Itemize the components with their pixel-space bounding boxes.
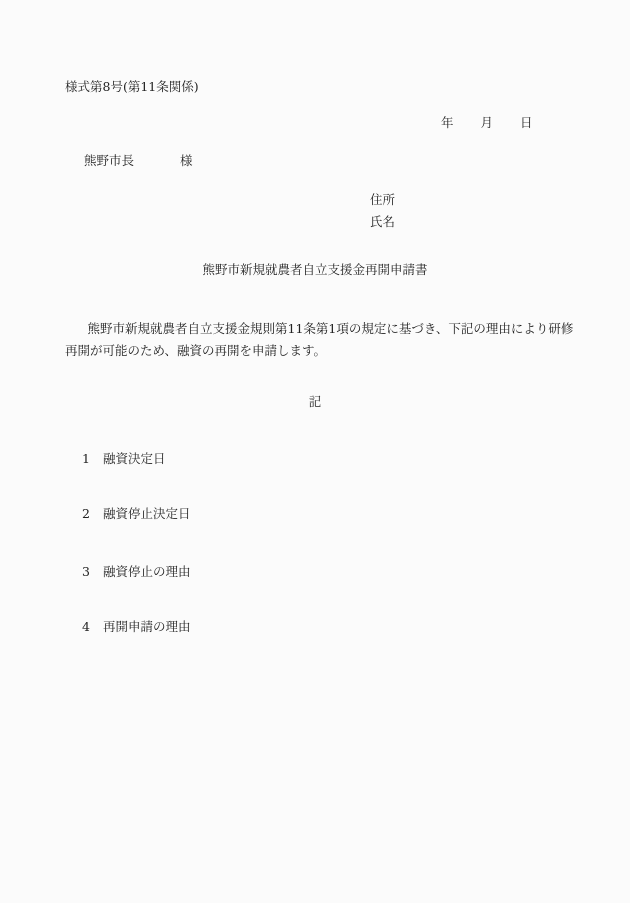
- item-2-number: 2: [82, 506, 103, 521]
- list-item-2: 2 融資停止決定日: [82, 506, 191, 521]
- item-4-number: 4: [82, 619, 103, 634]
- item-1-label: 融資決定日: [103, 451, 166, 466]
- addressee-honorific: 様: [180, 153, 193, 168]
- date-line: 年 月 日: [441, 115, 533, 130]
- addressee-line: 熊野市長 様: [84, 153, 193, 168]
- list-item-4: 4 再開申請の理由: [82, 619, 191, 634]
- document-page: 様式第8号(第11条関係) 年 月 日 熊野市長 様 住所 氏名 熊野市新規就農…: [0, 0, 630, 903]
- item-3-label: 融資停止の理由: [103, 564, 191, 579]
- body-paragraph-line1: 熊野市新規就農者自立支援金規則第11条第1項の規定に基づき、下記の理由により研修: [65, 321, 585, 336]
- item-1-number: 1: [82, 451, 103, 466]
- record-marker: 記: [0, 394, 630, 409]
- item-3-number: 3: [82, 564, 103, 579]
- item-2-label: 融資停止決定日: [103, 506, 191, 521]
- list-item-1: 1 融資決定日: [82, 451, 166, 466]
- month-label: 月: [481, 115, 494, 130]
- item-4-label: 再開申請の理由: [103, 619, 191, 634]
- body-paragraph-line2: 再開が可能のため、融資の再開を申請します。: [65, 343, 585, 358]
- form-number: 様式第8号(第11条関係): [65, 79, 199, 94]
- year-label: 年: [441, 115, 454, 130]
- list-item-3: 3 融資停止の理由: [82, 564, 191, 579]
- name-label: 氏名: [370, 214, 395, 229]
- addressee-name: 熊野市長: [84, 153, 134, 168]
- document-title: 熊野市新規就農者自立支援金再開申請書: [0, 262, 630, 277]
- day-label: 日: [520, 115, 533, 130]
- address-label: 住所: [370, 192, 395, 207]
